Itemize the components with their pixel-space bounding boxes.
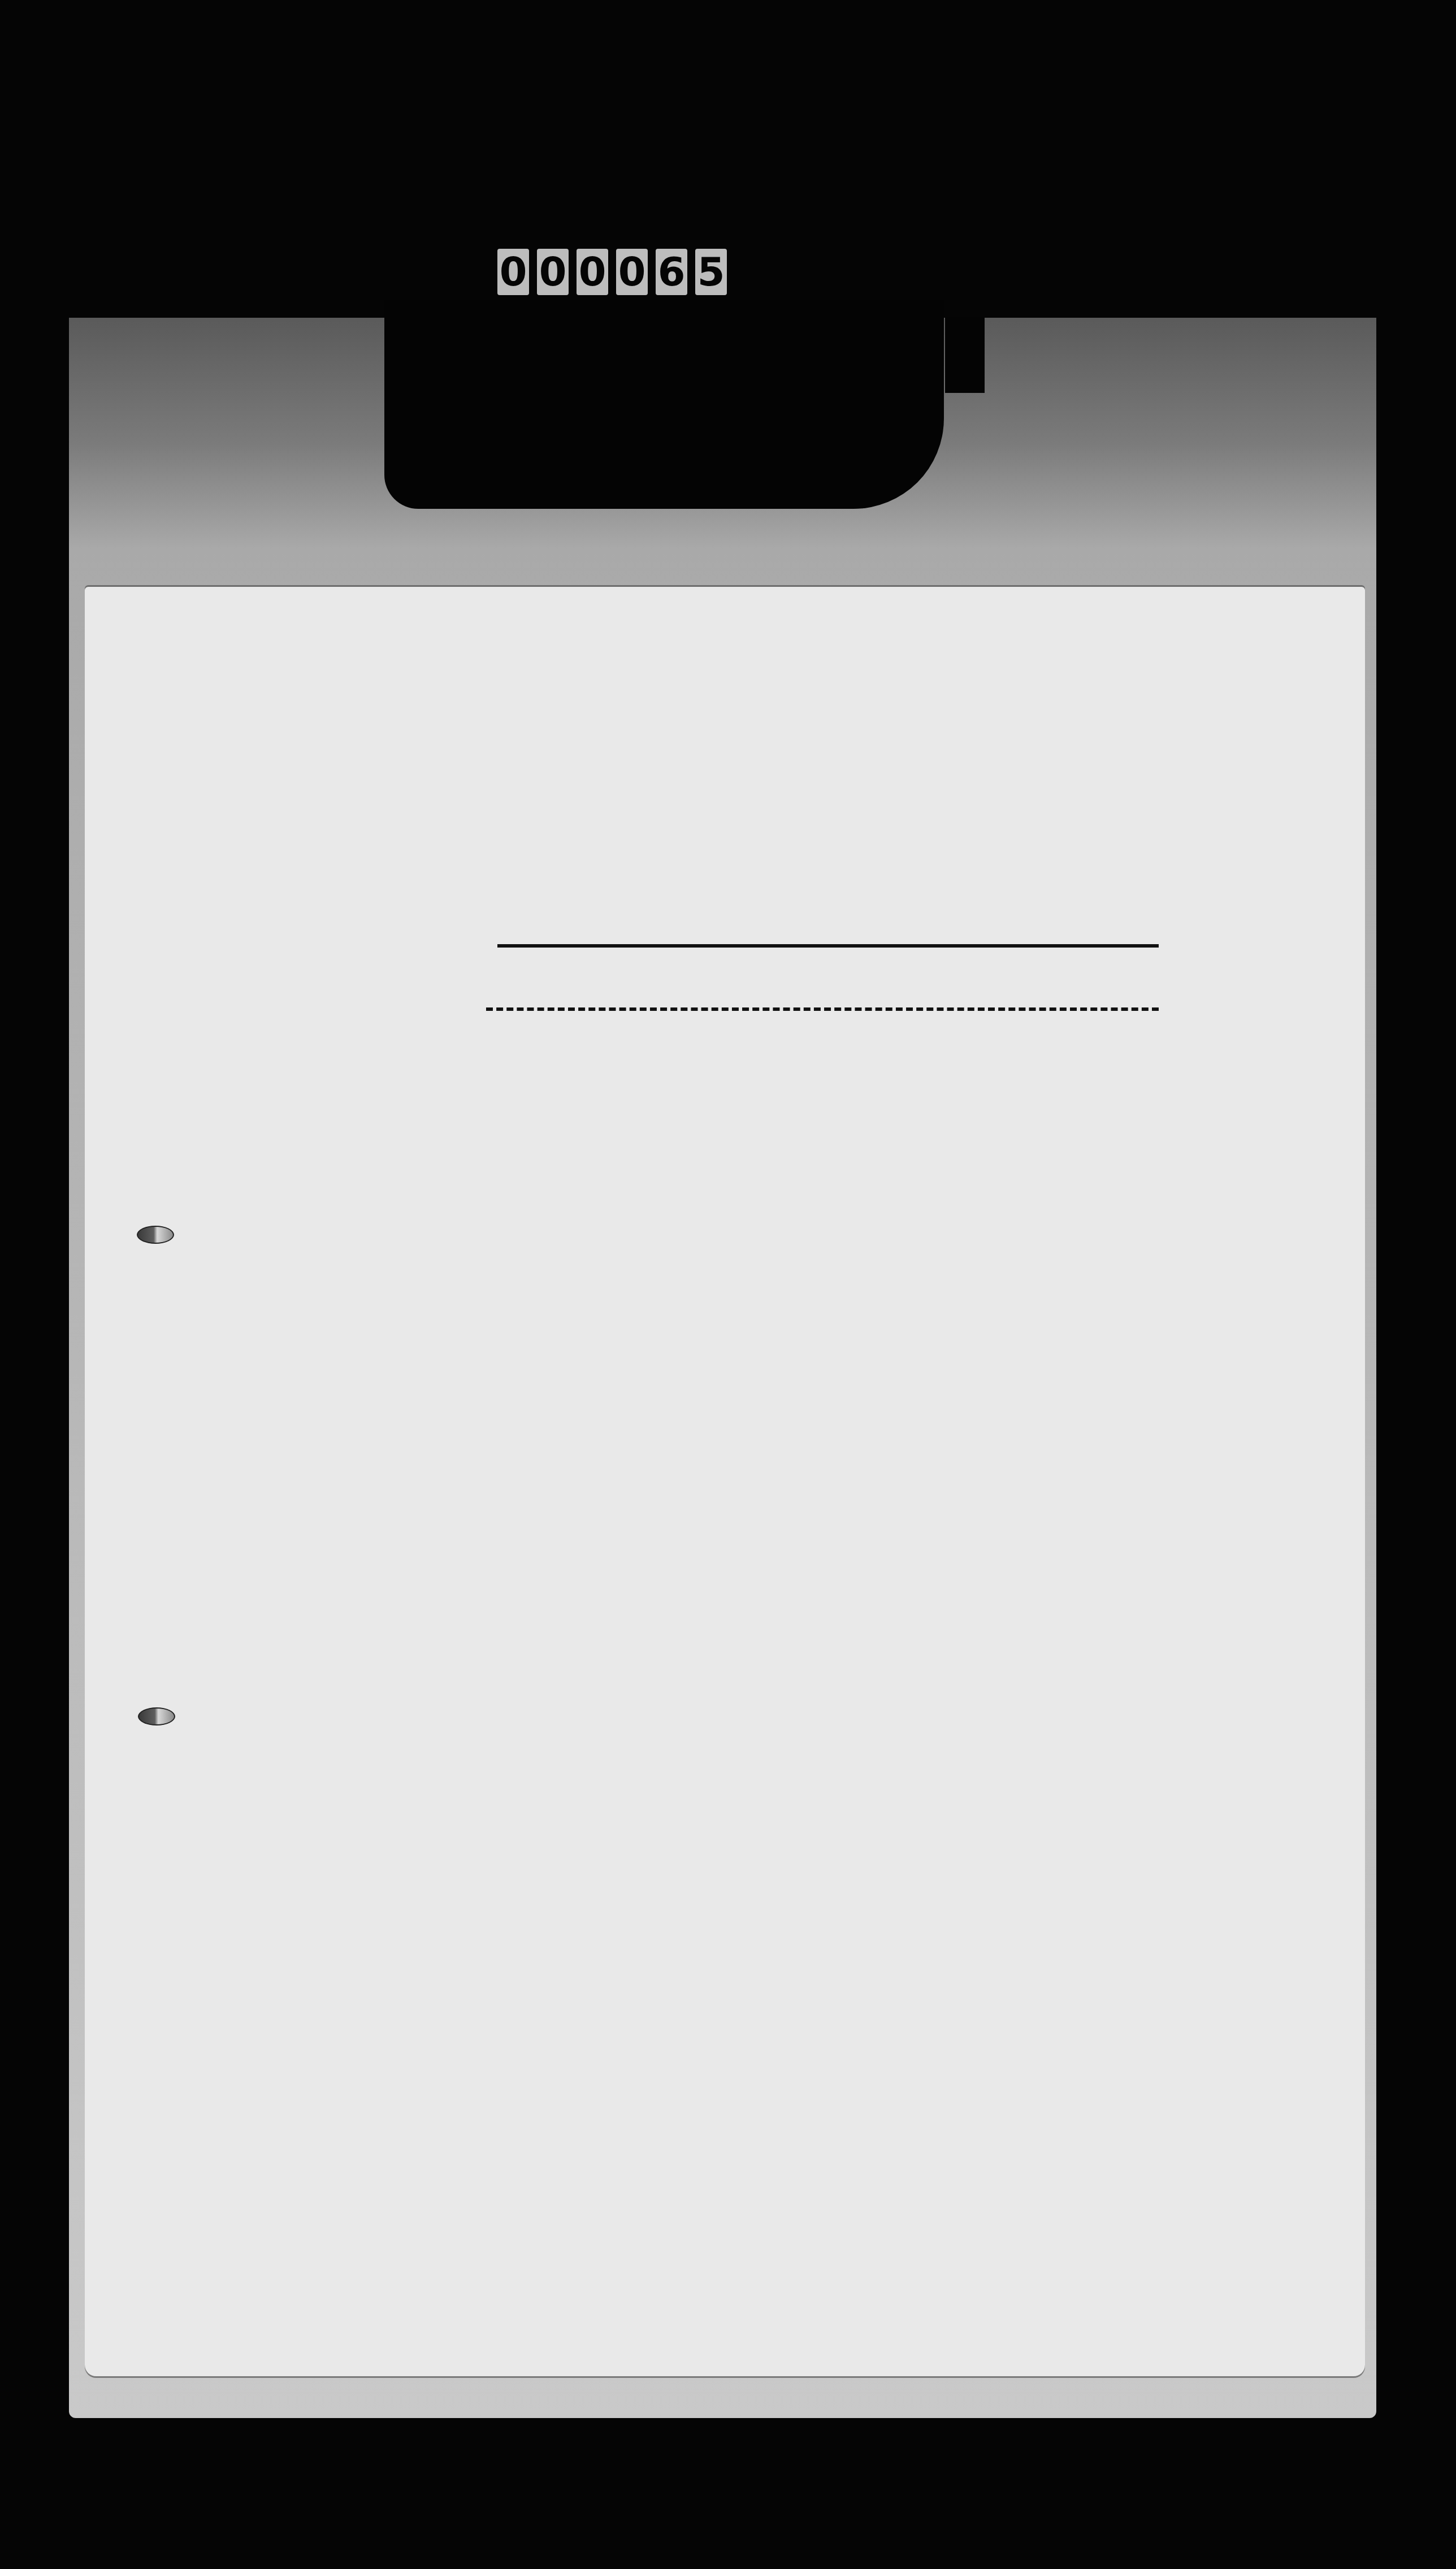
frame-digit: 0: [497, 249, 529, 295]
dashed-rule: [486, 1007, 1159, 1011]
binder-clip: [384, 300, 944, 509]
frame-digit: 5: [695, 249, 727, 295]
section-heading: [227, 866, 242, 892]
punch-hole-icon: [137, 1226, 174, 1244]
frame-digit: 0: [616, 249, 648, 295]
frame-digit: 6: [656, 249, 687, 295]
frame-digit: 0: [577, 249, 608, 295]
document-sheet: [85, 587, 1365, 2376]
header-rule: [497, 944, 1159, 948]
binder-slot: [945, 317, 985, 393]
frame-number: 0 0 0 0 6 5: [497, 249, 727, 302]
frame-digit: 0: [537, 249, 569, 295]
punch-hole-icon: [138, 1707, 175, 1725]
